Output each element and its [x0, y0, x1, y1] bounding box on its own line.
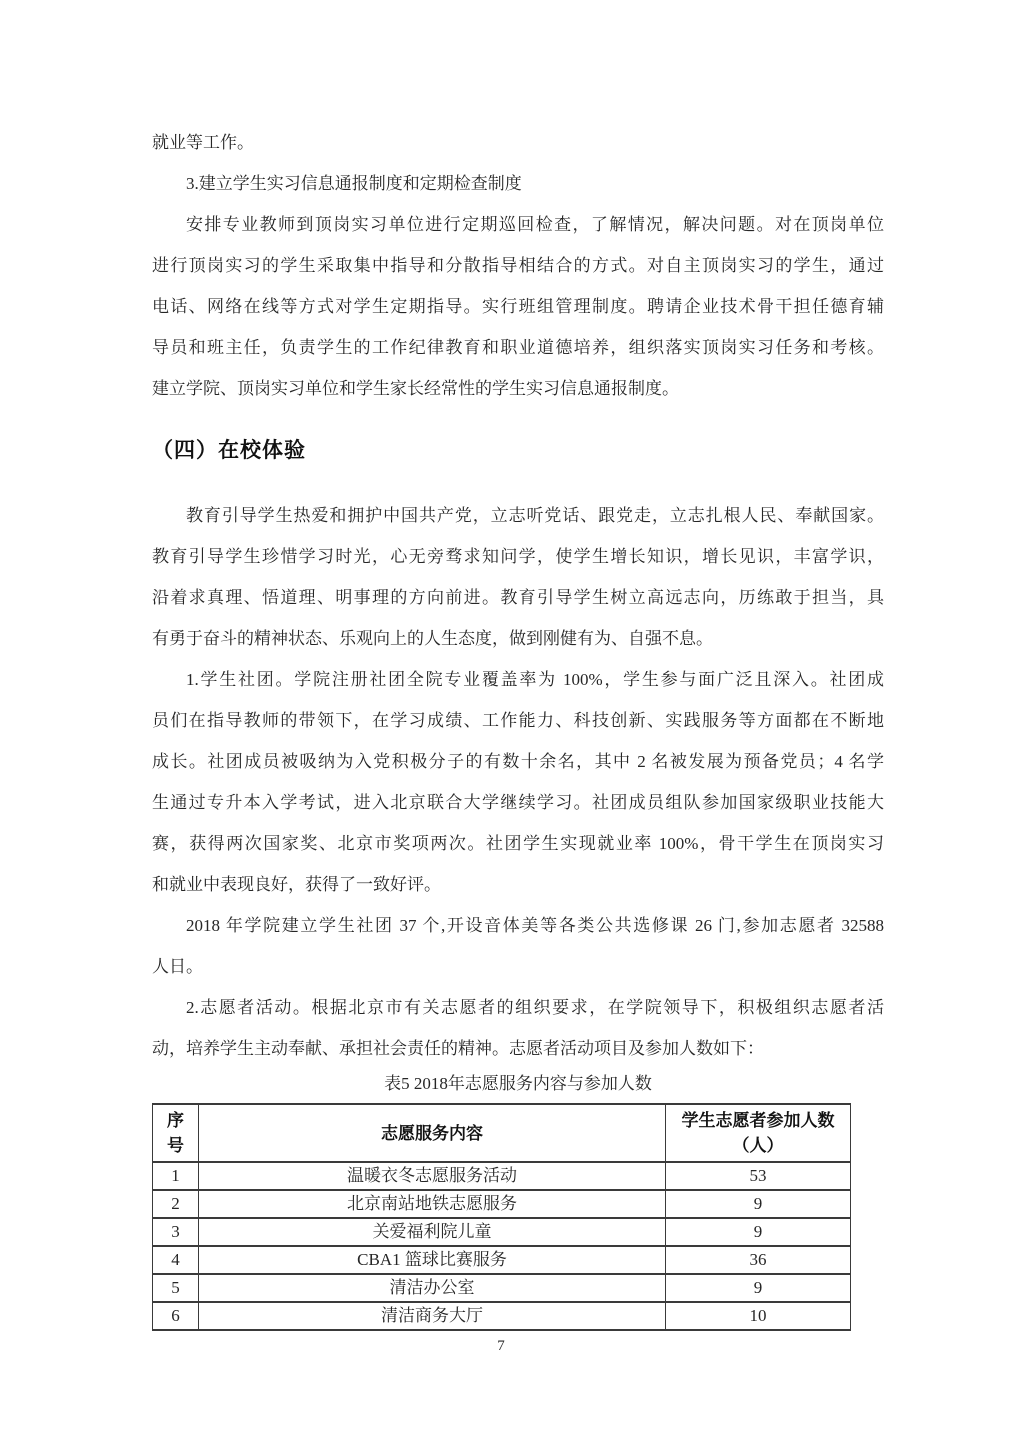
- table-row: 2 北京南站地铁志愿服务 9: [153, 1190, 851, 1218]
- cell-no: 3: [153, 1218, 199, 1246]
- cell-content: CBA1 篮球比赛服务: [199, 1246, 666, 1274]
- cell-count: 53: [666, 1162, 851, 1190]
- table-row: 1 温暖衣冬志愿服务活动 53: [153, 1162, 851, 1190]
- cell-count: 9: [666, 1274, 851, 1302]
- body-line: 3.建立学生实习信息通报制度和定期检查制度: [152, 163, 884, 204]
- volunteer-service-table: 序号 志愿服务内容 学生志愿者参加人数（人） 1 温暖衣冬志愿服务活动 53 2…: [152, 1103, 851, 1331]
- body-line: 2018 年学院建立学生社团 37 个,开设音体美等各类公共选修课 26 门,参…: [152, 905, 884, 946]
- body-line: 动，培养学生主动奉献、承担社会责任的精神。志愿者活动项目及参加人数如下：: [152, 1028, 884, 1069]
- body-line: 沿着求真理、悟道理、明事理的方向前进。教育引导学生树立高远志向，历练敢于担当，具: [152, 577, 884, 618]
- page-content: 就业等工作。 3.建立学生实习信息通报制度和定期检查制度 安排专业教师到顶岗实习…: [152, 122, 884, 1357]
- cell-no: 5: [153, 1274, 199, 1302]
- cell-count: 36: [666, 1246, 851, 1274]
- body-line: 安排专业教师到顶岗实习单位进行定期巡回检查，了解情况，解决问题。对在顶岗单位: [152, 204, 884, 245]
- header-count-line2: （人）: [670, 1133, 846, 1158]
- table-caption: 表5 2018年志愿服务内容与参加人数: [152, 1071, 884, 1097]
- header-no-line1: 序: [157, 1108, 194, 1133]
- body-line: 就业等工作。: [152, 122, 884, 163]
- table-row: 4 CBA1 篮球比赛服务 36: [153, 1246, 851, 1274]
- cell-content: 北京南站地铁志愿服务: [199, 1190, 666, 1218]
- body-line: 成长。社团成员被吸纳为入党积极分子的有数十余名，其中 2 名被发展为预备党员；4…: [152, 741, 884, 782]
- cell-count: 10: [666, 1302, 851, 1330]
- body-line: 教育引导学生珍惜学习时光，心无旁骛求知问学，使学生增长知识，增长见识，丰富学识，: [152, 536, 884, 577]
- header-cell-count: 学生志愿者参加人数（人）: [666, 1104, 851, 1162]
- body-line: 1.学生社团。学院注册社团全院专业覆盖率为 100%，学生参与面广泛且深入。社团…: [152, 659, 884, 700]
- body-line: 进行顶岗实习的学生采取集中指导和分散指导相结合的方式。对自主顶岗实习的学生，通过: [152, 245, 884, 286]
- cell-count: 9: [666, 1218, 851, 1246]
- header-no-line2: 号: [157, 1133, 194, 1158]
- cell-content: 清洁商务大厅: [199, 1302, 666, 1330]
- header-cell-no: 序号: [153, 1104, 199, 1162]
- body-line: 建立学院、顶岗实习单位和学生家长经常性的学生实习信息通报制度。: [152, 368, 884, 409]
- body-line: 人日。: [152, 946, 884, 987]
- table-row: 5 清洁办公室 9: [153, 1274, 851, 1302]
- page-number: 7: [152, 1335, 850, 1357]
- cell-content: 关爱福利院儿童: [199, 1218, 666, 1246]
- document-page: 就业等工作。 3.建立学生实习信息通报制度和定期检查制度 安排专业教师到顶岗实习…: [0, 0, 1024, 1448]
- body-line: 2.志愿者活动。根据北京市有关志愿者的组织要求，在学院领导下，积极组织志愿者活: [152, 987, 884, 1028]
- body-line: 电话、网络在线等方式对学生定期指导。实行班组管理制度。聘请企业技术骨干担任德育辅: [152, 286, 884, 327]
- cell-no: 2: [153, 1190, 199, 1218]
- cell-count: 9: [666, 1190, 851, 1218]
- cell-content: 清洁办公室: [199, 1274, 666, 1302]
- body-line: 员们在指导教师的带领下，在学习成绩、工作能力、科技创新、实践服务等方面都在不断地: [152, 700, 884, 741]
- header-count-line1: 学生志愿者参加人数: [670, 1108, 846, 1133]
- body-line: 和就业中表现良好，获得了一致好评。: [152, 864, 884, 905]
- body-line: 导员和班主任，负责学生的工作纪律教育和职业道德培养，组织落实顶岗实习任务和考核。: [152, 327, 884, 368]
- body-line: 教育引导学生热爱和拥护中国共产党，立志听党话、跟党走，立志扎根人民、奉献国家。: [152, 495, 884, 536]
- table-header-row: 序号 志愿服务内容 学生志愿者参加人数（人）: [153, 1104, 851, 1162]
- table-row: 6 清洁商务大厅 10: [153, 1302, 851, 1330]
- cell-no: 6: [153, 1302, 199, 1330]
- body-line: 赛，获得两次国家奖、北京市奖项两次。社团学生实现就业率 100%，骨干学生在顶岗…: [152, 823, 884, 864]
- body-line: 生通过专升本入学考试，进入北京联合大学继续学习。社团成员组队参加国家级职业技能大: [152, 782, 884, 823]
- cell-no: 1: [153, 1162, 199, 1190]
- header-cell-content: 志愿服务内容: [199, 1104, 666, 1162]
- cell-content: 温暖衣冬志愿服务活动: [199, 1162, 666, 1190]
- body-line: 有勇于奋斗的精神状态、乐观向上的人生态度，做到刚健有为、自强不息。: [152, 618, 884, 659]
- cell-no: 4: [153, 1246, 199, 1274]
- table-row: 3 关爱福利院儿童 9: [153, 1218, 851, 1246]
- section-heading: （四）在校体验: [152, 431, 884, 471]
